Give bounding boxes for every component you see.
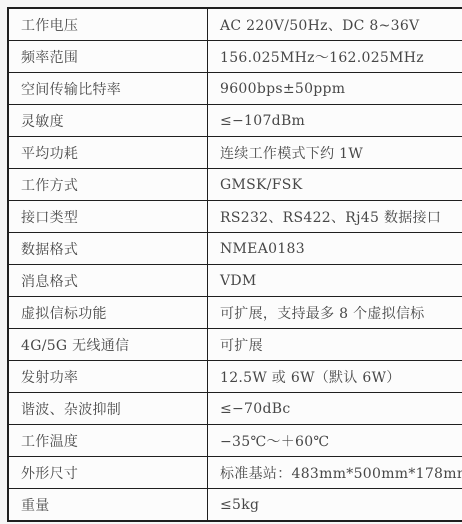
table-row: 消息格式VDM bbox=[8, 265, 462, 297]
table-row: 平均功耗连续工作模式下约 1W bbox=[8, 137, 462, 169]
spec-value: ≤−107dBm bbox=[208, 105, 462, 137]
spec-label: 灵敏度 bbox=[8, 105, 208, 137]
table-row: 谐波、杂波抑制≤−70dBc bbox=[8, 393, 462, 425]
spec-label: 重量 bbox=[8, 489, 208, 522]
table-row: 接口类型RS232、RS422、Rj45 数据接口 bbox=[8, 201, 462, 233]
spec-label: 工作温度 bbox=[8, 425, 208, 457]
table-row: 外形尺寸标准基站：483mm*500mm*178mm bbox=[8, 457, 462, 489]
table-row: 虚拟信标功能可扩展，支持最多 8 个虚拟信标 bbox=[8, 297, 462, 329]
spec-label: 工作电压 bbox=[8, 8, 208, 41]
table-row: 发射功率12.5W 或 6W（默认 6W） bbox=[8, 361, 462, 393]
spec-value: 连续工作模式下约 1W bbox=[208, 137, 462, 169]
spec-label: 消息格式 bbox=[8, 265, 208, 297]
spec-value: AC 220V/50Hz、DC 8~36V bbox=[208, 8, 462, 41]
table-row: 工作电压AC 220V/50Hz、DC 8~36V bbox=[8, 8, 462, 41]
spec-value: GMSK/FSK bbox=[208, 169, 462, 201]
table-row: 数据格式NMEA0183 bbox=[8, 233, 462, 265]
spec-value: NMEA0183 bbox=[208, 233, 462, 265]
spec-value: 可扩展 bbox=[208, 329, 462, 361]
table-row: 工作方式GMSK/FSK bbox=[8, 169, 462, 201]
spec-label: 发射功率 bbox=[8, 361, 208, 393]
spec-label: 虚拟信标功能 bbox=[8, 297, 208, 329]
spec-value: 12.5W 或 6W（默认 6W） bbox=[208, 361, 462, 393]
spec-value: 标准基站：483mm*500mm*178mm bbox=[208, 457, 462, 489]
spec-value: RS232、RS422、Rj45 数据接口 bbox=[208, 201, 462, 233]
spec-value: VDM bbox=[208, 265, 462, 297]
spec-label: 谐波、杂波抑制 bbox=[8, 393, 208, 425]
spec-label: 频率范围 bbox=[8, 41, 208, 73]
spec-label: 平均功耗 bbox=[8, 137, 208, 169]
spec-table-body: 工作电压AC 220V/50Hz、DC 8~36V频率范围156.025MHz～… bbox=[8, 8, 462, 521]
spec-value: 9600bps±50ppm bbox=[208, 73, 462, 105]
table-row: 4G/5G 无线通信可扩展 bbox=[8, 329, 462, 361]
spec-label: 工作方式 bbox=[8, 169, 208, 201]
spec-table: 工作电压AC 220V/50Hz、DC 8~36V频率范围156.025MHz～… bbox=[7, 7, 462, 522]
table-row: 重量≤5kg bbox=[8, 489, 462, 522]
spec-label: 空间传输比特率 bbox=[8, 73, 208, 105]
spec-value: 156.025MHz～162.025MHz bbox=[208, 41, 462, 73]
spec-value: ≤5kg bbox=[208, 489, 462, 522]
table-row: 工作温度−35℃～＋60℃ bbox=[8, 425, 462, 457]
spec-label: 接口类型 bbox=[8, 201, 208, 233]
spec-value: 可扩展，支持最多 8 个虚拟信标 bbox=[208, 297, 462, 329]
spec-value: ≤−70dBc bbox=[208, 393, 462, 425]
spec-value: −35℃～＋60℃ bbox=[208, 425, 462, 457]
table-row: 频率范围156.025MHz～162.025MHz bbox=[8, 41, 462, 73]
table-row: 空间传输比特率9600bps±50ppm bbox=[8, 73, 462, 105]
spec-label: 数据格式 bbox=[8, 233, 208, 265]
spec-label: 4G/5G 无线通信 bbox=[8, 329, 208, 361]
spec-label: 外形尺寸 bbox=[8, 457, 208, 489]
table-row: 灵敏度≤−107dBm bbox=[8, 105, 462, 137]
